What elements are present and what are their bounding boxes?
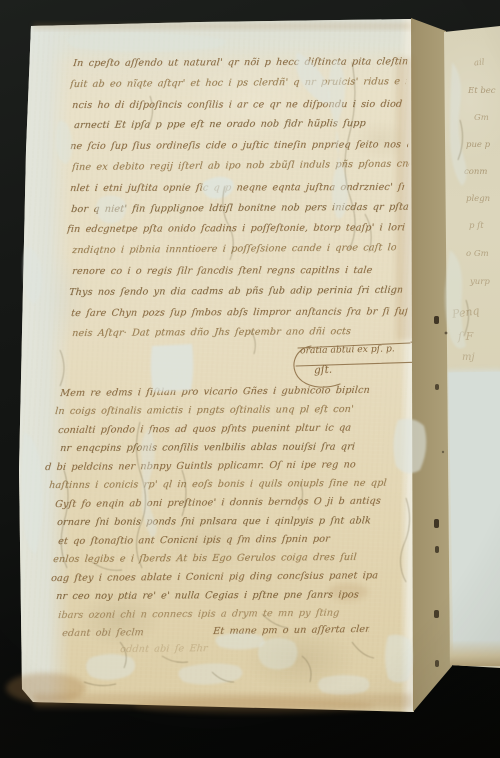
manuscript-line: et qo ſtonaſtio ant Conicni ipis q ſm di…: [57, 532, 360, 550]
manuscript-line: nr ceo noy ptia re' e' nulla Cegias i pſ…: [55, 588, 404, 605]
facing-page-flourish: Penq: [451, 304, 480, 321]
manuscript-line-tail-right: Et mane pm o un aſſerta clemtis: [212, 623, 369, 640]
facing-page-text-fragment: ail: [474, 57, 486, 68]
manuscript-line: nlet i etni juſtita opnie ſic q p neqne …: [69, 181, 405, 197]
facing-page-flourish: ſ F: [458, 330, 473, 343]
manuscript-line: enlos legibs e i ſberds At bis Ego Gerul…: [52, 551, 398, 568]
manuscript-line: te ſare Chyn pozs ſup ſmbos abſs limpror…: [70, 305, 407, 322]
manuscript-line-faded: oddnt abi ſe Ehr: [119, 641, 270, 658]
facing-page-text-fragment: Gm: [474, 113, 489, 123]
manuscript-line: ſuit ab eo nĩqte aſtqr' et hoc i ps cler…: [69, 75, 406, 93]
manuscript-line: fin edcgnetpe pſta onido ſcadins i poſſe…: [66, 221, 409, 238]
manuscript-line: bor q niet' fin ſupplignoe ldtiſl bonitn…: [70, 201, 408, 218]
facing-page-text-fragment: pue p: [466, 140, 490, 150]
manuscript-line: d bi peldcins ner nbnpy Guintls pplicamr…: [44, 458, 397, 476]
facing-page-text-fragment: p ſt: [469, 221, 484, 231]
annotation-line-2: gſt.: [314, 364, 333, 377]
manuscript-line: nr enqcpins pſonis conſilis venlbilis ab…: [59, 440, 400, 457]
manuscript-line: Thys nos ſendo yn dia cadms ab pñs ſub a…: [68, 284, 402, 301]
manuscript-line: In cpeſto aſſendo ut natural' qr nõi p h…: [72, 55, 407, 72]
manuscript-line: conialti pſondo i ſnos ad quos pſnts pue…: [57, 421, 400, 439]
facing-page-text-fragment: conm: [464, 167, 487, 177]
manuscript-line: ne ſcio ſup ſius ordineſis cide o juſtic…: [69, 138, 408, 155]
right-page-bottom-stain: [447, 640, 500, 666]
manuscript-line: ibars ozoni chi n connecs ipis a drym te…: [57, 606, 398, 624]
facing-page-flourish: mj: [462, 352, 475, 363]
manuscript-line-tail-left: edant obi ſeclm: [61, 626, 184, 642]
manuscript-line: oag ſtey i cnoes ablate i Conicni pig di…: [50, 569, 406, 587]
facing-page-text-fragment: Et bec: [468, 86, 496, 96]
manuscript-line: zndiqtno i pibnia innntioere i poſſeſsio…: [71, 241, 396, 259]
facing-page-text-fragment: plegn: [466, 194, 490, 204]
facing-page-text-fragment: yurp: [470, 277, 490, 287]
facing-page-text-fragment: o Gm: [466, 249, 489, 259]
manuscript-line: ln coigs oſtinalis amictis i pngts oſtin…: [54, 403, 402, 420]
right-page-pale-patch: [448, 372, 500, 663]
manuscript-line: haſtinns i conicis rp' ql in eoſs bonis …: [48, 477, 406, 495]
manuscript-line: renore co i o regis ſilr ſancdis ſtenl r…: [71, 264, 393, 280]
manuscript-line: ornare ſni bonis ponds ſni pnlsara que i…: [56, 514, 402, 531]
manuscript-photo: In cpeſto aſſendo ut natural' qr nõi p h…: [0, 0, 500, 758]
manuscript-line: ncis ho di diſpoſincis conſilis i ar ce …: [71, 98, 402, 114]
manuscript-line: arnecti Et ipſa p ppe eſt ne orado nob f…: [73, 117, 366, 134]
